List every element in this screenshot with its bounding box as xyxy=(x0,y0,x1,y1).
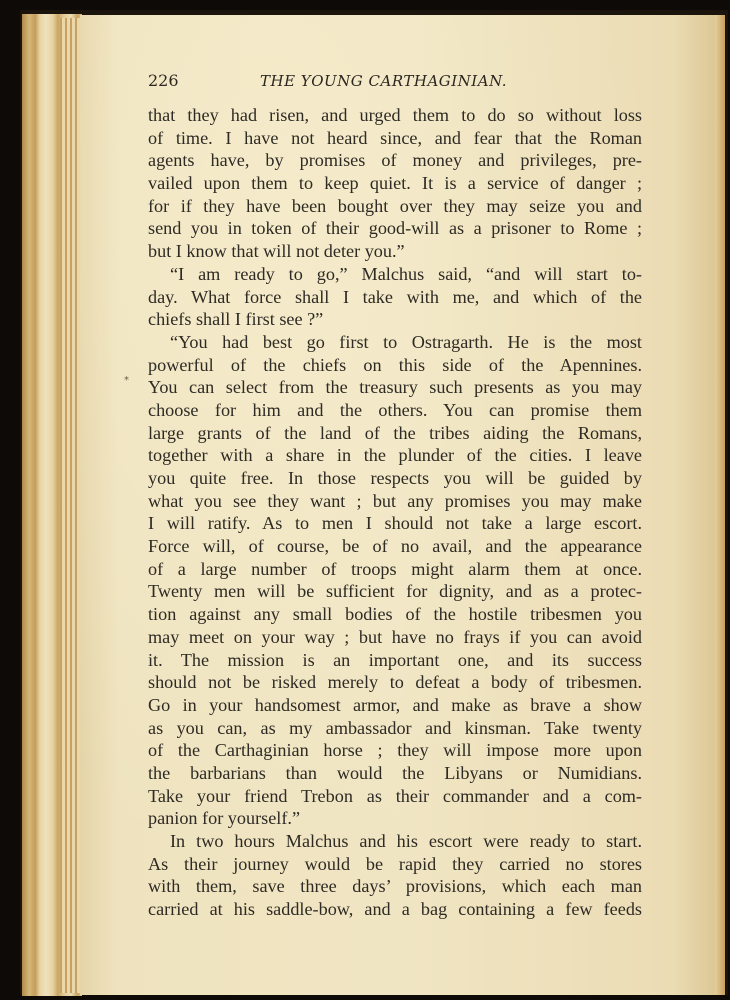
text-line: with them, save three days’ provisions, … xyxy=(148,875,642,898)
body-text: that they had risen, and urged them to d… xyxy=(148,104,642,921)
running-title: THE YOUNG CARTHAGINIAN. xyxy=(260,72,507,90)
text-line: carried at his saddle-bow, and a bag con… xyxy=(148,898,642,921)
text-line: may meet on your way ; but have no frays… xyxy=(148,626,642,649)
text-line: large grants of the land of the tribes a… xyxy=(148,422,642,445)
text-line: should not be risked merely to defeat a … xyxy=(148,671,642,694)
text-line: You can select from the treasury such pr… xyxy=(148,376,642,399)
text-line: for if they have been bought over they m… xyxy=(148,195,642,218)
text-line: Force will, of course, be of no avail, a… xyxy=(148,535,642,558)
text-line: As their journey would be rapid they car… xyxy=(148,853,642,876)
text-line: it. The mission is an important one, and… xyxy=(148,649,642,672)
text-line: together with a share in the plunder of … xyxy=(148,444,642,467)
text-line: chiefs shall I first see ?” xyxy=(148,308,642,331)
text-line: of a large number of troops might alarm … xyxy=(148,558,642,581)
text-line: vailed upon them to keep quiet. It is a … xyxy=(148,172,642,195)
page-gutter-edge xyxy=(715,15,725,995)
text-line: tion against any small bodies of the hos… xyxy=(148,603,642,626)
text-line: In two hours Malchus and his escort were… xyxy=(148,830,642,853)
page-number: 226 xyxy=(148,71,179,90)
text-line: Take your friend Trebon as their command… xyxy=(148,785,642,808)
text-line: panion for yourself.” xyxy=(148,807,642,830)
text-line: of the Carthaginian horse ; they will im… xyxy=(148,739,642,762)
page-edges-lines xyxy=(60,18,82,993)
margin-mark: * xyxy=(124,375,129,386)
text-line: that they had risen, and urged them to d… xyxy=(148,104,642,127)
text-line: Go in your handsomest armor, and make as… xyxy=(148,694,642,717)
text-line: agents have, by promises of money and pr… xyxy=(148,149,642,172)
text-line: the barbarians than would the Libyans or… xyxy=(148,762,642,785)
text-line: you quite free. In those respects you wi… xyxy=(148,467,642,490)
text-line: what you see they want ; but any promise… xyxy=(148,490,642,513)
text-line: “You had best go first to Ostragarth. He… xyxy=(148,331,642,354)
text-line: “I am ready to go,” Malchus said, “and w… xyxy=(148,263,642,286)
text-line: day. What force shall I take with me, an… xyxy=(148,286,642,309)
text-line: Twenty men will be sufficient for dignit… xyxy=(148,580,642,603)
running-header: 226 THE YOUNG CARTHAGINIAN. xyxy=(148,71,648,93)
text-line: choose for him and the others. You can p… xyxy=(148,399,642,422)
text-line: I will ratify. As to men I should not ta… xyxy=(148,512,642,535)
text-line: as you can, as my ambassador and kinsman… xyxy=(148,717,642,740)
text-line: send you in token of their good-will as … xyxy=(148,217,642,240)
text-line: of time. I have not heard since, and fea… xyxy=(148,127,642,150)
text-line: but I know that will not deter you.” xyxy=(148,240,642,263)
text-line: powerful of the chiefs on this side of t… xyxy=(148,354,642,377)
